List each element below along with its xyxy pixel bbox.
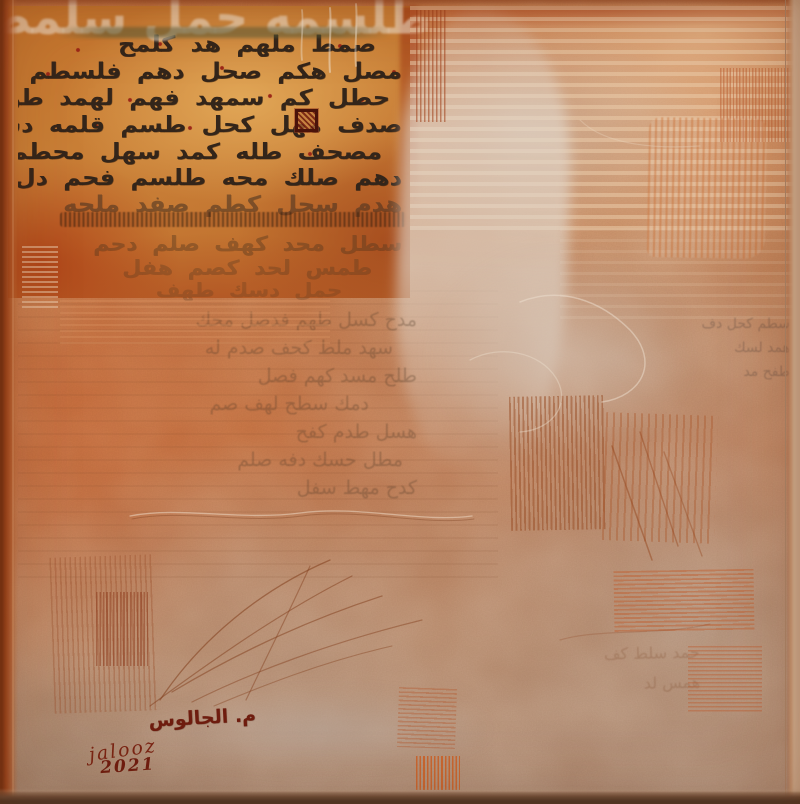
vignette-overlay	[0, 0, 800, 804]
ghost-line: همس لد	[440, 668, 700, 703]
ghost-line: سطم كحل دف	[556, 312, 790, 336]
ghost-line: حمد سلط كف	[439, 638, 699, 673]
comb-texture-horizontal-pale	[60, 300, 330, 344]
ghost-line: همد لسك	[556, 336, 790, 360]
calligraphy-line: صمط ملهم هد كلمح	[18, 31, 402, 57]
canvas-edge-top	[0, 0, 800, 6]
ghost-line: طلح مسد كهم فصل	[22, 362, 417, 390]
ghost-script-left: مدح كسل طهم فدصل محك سهد ملط كحف صدم له …	[22, 306, 417, 502]
white-wash-blob	[430, 250, 690, 460]
comb-texture-vertical	[647, 117, 767, 259]
artist-signature: م. الجالوس jalooz 2021	[86, 708, 306, 784]
comb-texture-vertical-bright	[416, 756, 460, 790]
ghost-calligraphy-top: طلسمه حمل سلمط كمه حسد ملطح سهم	[0, 0, 432, 56]
comb-texture-horizontal	[397, 687, 457, 749]
ghost-line: كدح مهط سفل	[22, 474, 417, 502]
canvas-edge-left	[0, 0, 18, 804]
comb-texture-horizontal	[613, 569, 754, 633]
calligraphy-line-ghost: طمس لحد كصم هفل	[18, 257, 402, 280]
faint-banding-texture	[18, 290, 498, 580]
background-texture	[0, 0, 800, 804]
ghost-script-right: سطم كحل دف همد لسك طفح مد	[556, 312, 790, 384]
ghost-line: مطل حسك دفه صلم	[22, 446, 417, 474]
ornament-square	[295, 109, 318, 132]
signature-latin: jalooz	[88, 714, 307, 766]
ghost-line: سهد ملط كحف صدم له	[22, 334, 417, 362]
scratch-marks-overlay	[0, 0, 800, 804]
dense-script-band	[60, 212, 406, 227]
signature-year: 2021	[100, 744, 307, 778]
ghost-line: هسل طدم كفح	[22, 418, 417, 446]
comb-texture-vertical	[509, 395, 607, 531]
canvas-edge-right	[785, 0, 800, 804]
calligraphy-line: حطل كم سمهد فهم لهمد طق	[18, 85, 402, 111]
calligraphy-line: مصحف طله كمد سهل محطم	[18, 139, 402, 165]
calligraphy-line: مصل هكم صحل دهم فلسطم	[18, 58, 402, 84]
white-wash-column	[390, 7, 576, 483]
comb-texture-vertical	[602, 412, 718, 544]
comb-texture-vertical	[720, 68, 792, 142]
striped-texture-faint	[560, 228, 796, 324]
noise-texture-overlay	[0, 0, 800, 804]
ghost-line: دمك سطح لهف صم	[22, 390, 417, 418]
painting-canvas: صمط ملهم هد كلمح مصل هكم صحل دهم فلسطم ح…	[0, 0, 800, 804]
comb-texture-vertical	[49, 554, 158, 714]
striped-texture-block	[410, 6, 800, 230]
calligraphy-line-ghost: سطل محد كهف صلم دحم	[18, 233, 402, 256]
calligraphy-line-ghost: حمل دسك طهف	[18, 279, 402, 301]
gray-wash-streak	[150, 690, 490, 770]
ghost-line: طفح مد	[556, 360, 790, 384]
calligraphy-line-faded: هدم سحل كطم صفد ملحه	[18, 191, 402, 217]
signature-arabic: م. الجالوس	[106, 704, 257, 734]
canvas-edge-bottom	[0, 788, 800, 804]
calligraphy-panel: صمط ملهم هد كلمح مصل هكم صحل دهم فلسطم ح…	[8, 6, 410, 298]
ghost-script-bottom: حمد سلط كف همس لد	[439, 638, 700, 703]
comb-texture-horizontal	[688, 646, 762, 712]
red-seam	[400, 6, 418, 221]
comb-texture-vertical	[96, 592, 148, 666]
ghost-line: مدح كسل طهم فدصل محك	[22, 306, 417, 334]
calligraphy-line: صدف مهل كحل طسم قلمه دس	[18, 112, 402, 138]
olive-smear	[56, 27, 390, 38]
comb-texture-horizontal-pale	[22, 246, 58, 310]
comb-texture-vertical	[416, 10, 446, 122]
calligraphy-line: دهم صلك محه طلسم فحم دل	[18, 165, 402, 191]
